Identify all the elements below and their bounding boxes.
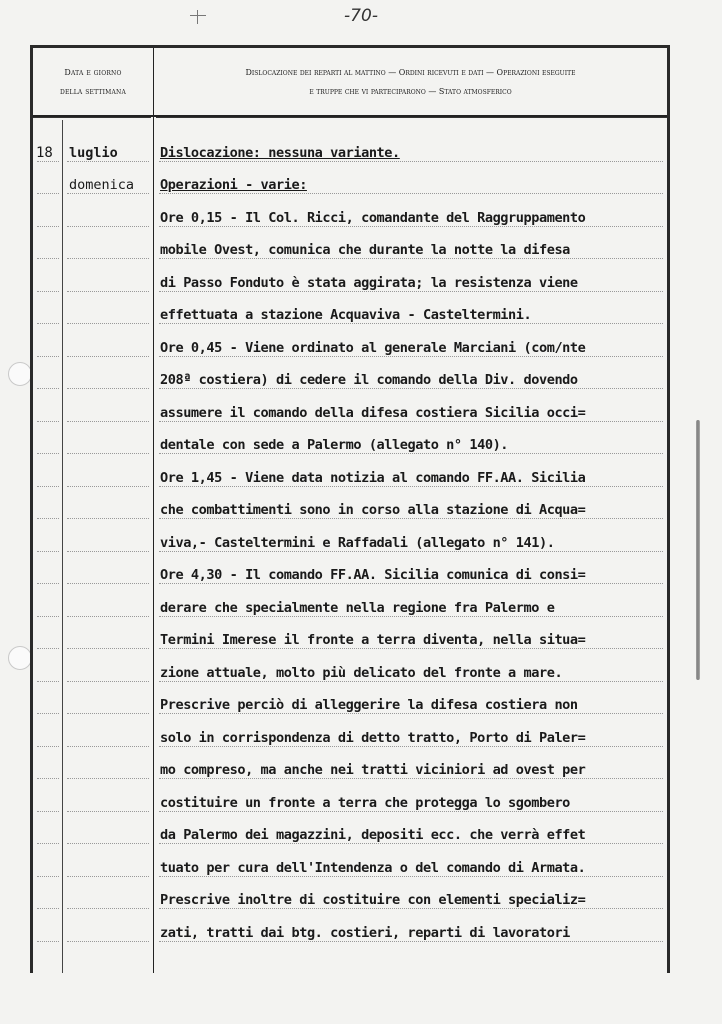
diary-text-line: Ore 0,15 - Il Col. Ricci, comandante del… <box>160 210 585 226</box>
ruled-line <box>67 356 149 357</box>
diary-line: Ore 1,45 - Viene data notizia al comando… <box>33 461 667 494</box>
diary-line: Ore 4,30 - Il comando FF.AA. Sicilia com… <box>33 559 667 592</box>
ruled-line <box>37 161 59 162</box>
header-rule-left <box>33 117 151 118</box>
diary-line: mobile Ovest, comunica che durante la no… <box>33 234 667 267</box>
ruled-line <box>67 226 149 227</box>
ruled-line <box>37 681 59 682</box>
diary-line: che combattimenti sono in corso alla sta… <box>33 494 667 527</box>
diary-text-line: che combattimenti sono in corso alla sta… <box>160 502 585 518</box>
ruled-line <box>37 616 59 617</box>
diary-line: tuato per cura dell'Intendenza o del com… <box>33 851 667 884</box>
ruled-line <box>67 941 149 942</box>
diary-text-line: Ore 4,30 - Il comando FF.AA. Sicilia com… <box>160 567 585 583</box>
ruled-line <box>37 356 59 357</box>
ruled-line <box>159 323 663 324</box>
ruled-line <box>37 583 59 584</box>
ruled-line <box>37 746 59 747</box>
diary-text-line: da Palermo dei magazzini, depositi ecc. … <box>160 827 585 843</box>
section-heading: Operazioni - varie: <box>160 177 307 193</box>
diary-line: assumere il comando della difesa costier… <box>33 396 667 429</box>
diary-text-line: zati, tratti dai btg. costieri, reparti … <box>160 925 570 941</box>
diary-text-line: Ore 1,45 - Viene data notizia al comando… <box>160 470 585 486</box>
ruled-line <box>37 388 59 389</box>
ruled-line <box>67 551 149 552</box>
diary-line: di Passo Fonduto è stata aggirata; la re… <box>33 266 667 299</box>
ruled-line <box>159 356 663 357</box>
ruled-line <box>37 648 59 649</box>
diary-text-line: zione attuale, molto più delicato del fr… <box>160 665 562 681</box>
diary-text-line: Prescrive inoltre di costituire con elem… <box>160 892 585 908</box>
diary-line: 18luglioDislocazione: nessuna variante. <box>33 136 667 169</box>
ruled-line <box>37 843 59 844</box>
entry-day-number: 18 <box>36 145 53 161</box>
diary-line: Termini Imerese il fronte a terra divent… <box>33 624 667 657</box>
ruled-line <box>67 713 149 714</box>
ruled-line <box>67 778 149 779</box>
ruled-line <box>159 681 663 682</box>
ruled-line <box>67 681 149 682</box>
diary-line: Prescrive inoltre di costituire con elem… <box>33 884 667 917</box>
ruled-line <box>67 291 149 292</box>
diary-text-line: derare che specialmente nella regione fr… <box>160 600 554 616</box>
ruled-line <box>159 908 663 909</box>
ruled-line <box>159 713 663 714</box>
diary-text-line: mo compreso, ma anche nei tratti vicinio… <box>160 762 585 778</box>
ruled-line <box>67 518 149 519</box>
ruled-line <box>67 746 149 747</box>
header-description-column: Dislocazione dei reparti al mattino — Or… <box>154 48 667 115</box>
ruled-line <box>159 583 663 584</box>
ruled-line <box>159 486 663 487</box>
header-rule-right <box>156 117 667 118</box>
diary-text-line: tuato per cura dell'Intendenza o del com… <box>160 860 585 876</box>
ruled-line <box>159 616 663 617</box>
diary-line: derare che specialmente nella regione fr… <box>33 591 667 624</box>
ruled-line <box>67 648 149 649</box>
ruled-line <box>67 258 149 259</box>
ruled-line <box>67 876 149 877</box>
diary-text-line: viva,- Casteltermini e Raffadali (allega… <box>160 535 554 551</box>
diary-text-line: dentale con sede a Palermo (allegato n° … <box>160 437 508 453</box>
ruled-line <box>37 453 59 454</box>
diary-text-line: Prescrive perciò di alleggerire la difes… <box>160 697 578 713</box>
ruled-line <box>159 388 663 389</box>
diary-text-line: Termini Imerese il fronte a terra divent… <box>160 632 585 648</box>
diary-text-line: costituire un fronte a terra che protegg… <box>160 795 570 811</box>
diary-line: domenicaOperazioni - varie: <box>33 169 667 202</box>
diary-text-line: 208ª costiera) di cedere il comando dell… <box>160 372 578 388</box>
ruled-line <box>159 843 663 844</box>
header-date-line2: della settimana <box>60 82 126 101</box>
ruled-line <box>67 161 149 162</box>
diary-text-line: effettuata a stazione Acquaviva - Castel… <box>160 307 531 323</box>
diary-line: solo in corrispondenza di detto tratto, … <box>33 721 667 754</box>
ruled-line <box>67 811 149 812</box>
diary-line: zione attuale, molto più delicato del fr… <box>33 656 667 689</box>
ruled-line <box>159 193 663 194</box>
entry-lines: 18luglioDislocazione: nessuna variante.d… <box>33 136 667 949</box>
ruled-line <box>37 486 59 487</box>
war-diary-form: Data e giorno della settimana Dislocazio… <box>30 45 670 973</box>
ruled-line <box>159 291 663 292</box>
ruled-line <box>67 421 149 422</box>
diary-line: zati, tratti dai btg. costieri, reparti … <box>33 916 667 949</box>
header-date-line1: Data e giorno <box>64 63 121 82</box>
diary-line: effettuata a stazione Acquaviva - Castel… <box>33 299 667 332</box>
ruled-line <box>67 908 149 909</box>
entry-weekday: domenica <box>69 177 134 193</box>
ruled-line <box>37 518 59 519</box>
diary-text-line: assumere il comando della difesa costier… <box>160 405 585 421</box>
entry-month: luglio <box>69 145 118 161</box>
diary-line: 208ª costiera) di cedere il comando dell… <box>33 364 667 397</box>
ruled-line <box>67 843 149 844</box>
diary-line: viva,- Casteltermini e Raffadali (allega… <box>33 526 667 559</box>
header-date-column: Data e giorno della settimana <box>33 48 154 115</box>
ruled-line <box>67 453 149 454</box>
ruled-line <box>159 551 663 552</box>
ruled-line <box>37 811 59 812</box>
form-header: Data e giorno della settimana Dislocazio… <box>33 48 667 117</box>
ruled-line <box>37 713 59 714</box>
ruled-line <box>159 161 663 162</box>
header-description-line2: e truppe che vi parteciparono — Stato at… <box>309 82 511 101</box>
ruled-line <box>159 226 663 227</box>
punch-hole-bottom <box>8 646 32 670</box>
ruled-line <box>37 551 59 552</box>
ruled-line <box>67 616 149 617</box>
registration-mark <box>190 10 206 20</box>
ruled-line <box>159 941 663 942</box>
ruled-line <box>37 778 59 779</box>
diary-line: da Palermo dei magazzini, depositi ecc. … <box>33 819 667 852</box>
ruled-line <box>159 811 663 812</box>
ruled-line <box>159 746 663 747</box>
header-description-line1: Dislocazione dei reparti al mattino — Or… <box>246 63 576 82</box>
ruled-line <box>67 583 149 584</box>
ruled-line <box>37 876 59 877</box>
ruled-line <box>67 323 149 324</box>
ruled-line <box>37 421 59 422</box>
ruled-line <box>67 486 149 487</box>
ruled-line <box>159 421 663 422</box>
ruled-line <box>67 193 149 194</box>
diary-line: dentale con sede a Palermo (allegato n° … <box>33 429 667 462</box>
diary-line: Ore 0,15 - Il Col. Ricci, comandante del… <box>33 201 667 234</box>
ruled-line <box>37 226 59 227</box>
ruled-line <box>37 908 59 909</box>
diary-text-line: Ore 0,45 - Viene ordinato al generale Ma… <box>160 340 585 356</box>
ruled-line <box>159 258 663 259</box>
diary-text-line: mobile Ovest, comunica che durante la no… <box>160 242 570 258</box>
punch-hole-top <box>8 362 32 386</box>
ruled-line <box>37 193 59 194</box>
fold-mark <box>696 420 700 680</box>
diary-line: mo compreso, ma anche nei tratti vicinio… <box>33 754 667 787</box>
ruled-line <box>159 778 663 779</box>
page-number: -70- <box>0 6 722 26</box>
ruled-line <box>37 291 59 292</box>
ruled-line <box>159 648 663 649</box>
diary-line: Ore 0,45 - Viene ordinato al generale Ma… <box>33 331 667 364</box>
ruled-line <box>37 258 59 259</box>
diary-text-line: solo in corrispondenza di detto tratto, … <box>160 730 585 746</box>
ruled-line <box>37 323 59 324</box>
diary-line: costituire un fronte a terra che protegg… <box>33 786 667 819</box>
diary-text-line: di Passo Fonduto è stata aggirata; la re… <box>160 275 578 291</box>
ruled-line <box>67 388 149 389</box>
diary-line: Prescrive perciò di alleggerire la difes… <box>33 689 667 722</box>
ruled-line <box>159 453 663 454</box>
ruled-line <box>159 876 663 877</box>
ruled-line <box>37 941 59 942</box>
ruled-line <box>159 518 663 519</box>
section-heading: Dislocazione: nessuna variante. <box>160 145 400 161</box>
